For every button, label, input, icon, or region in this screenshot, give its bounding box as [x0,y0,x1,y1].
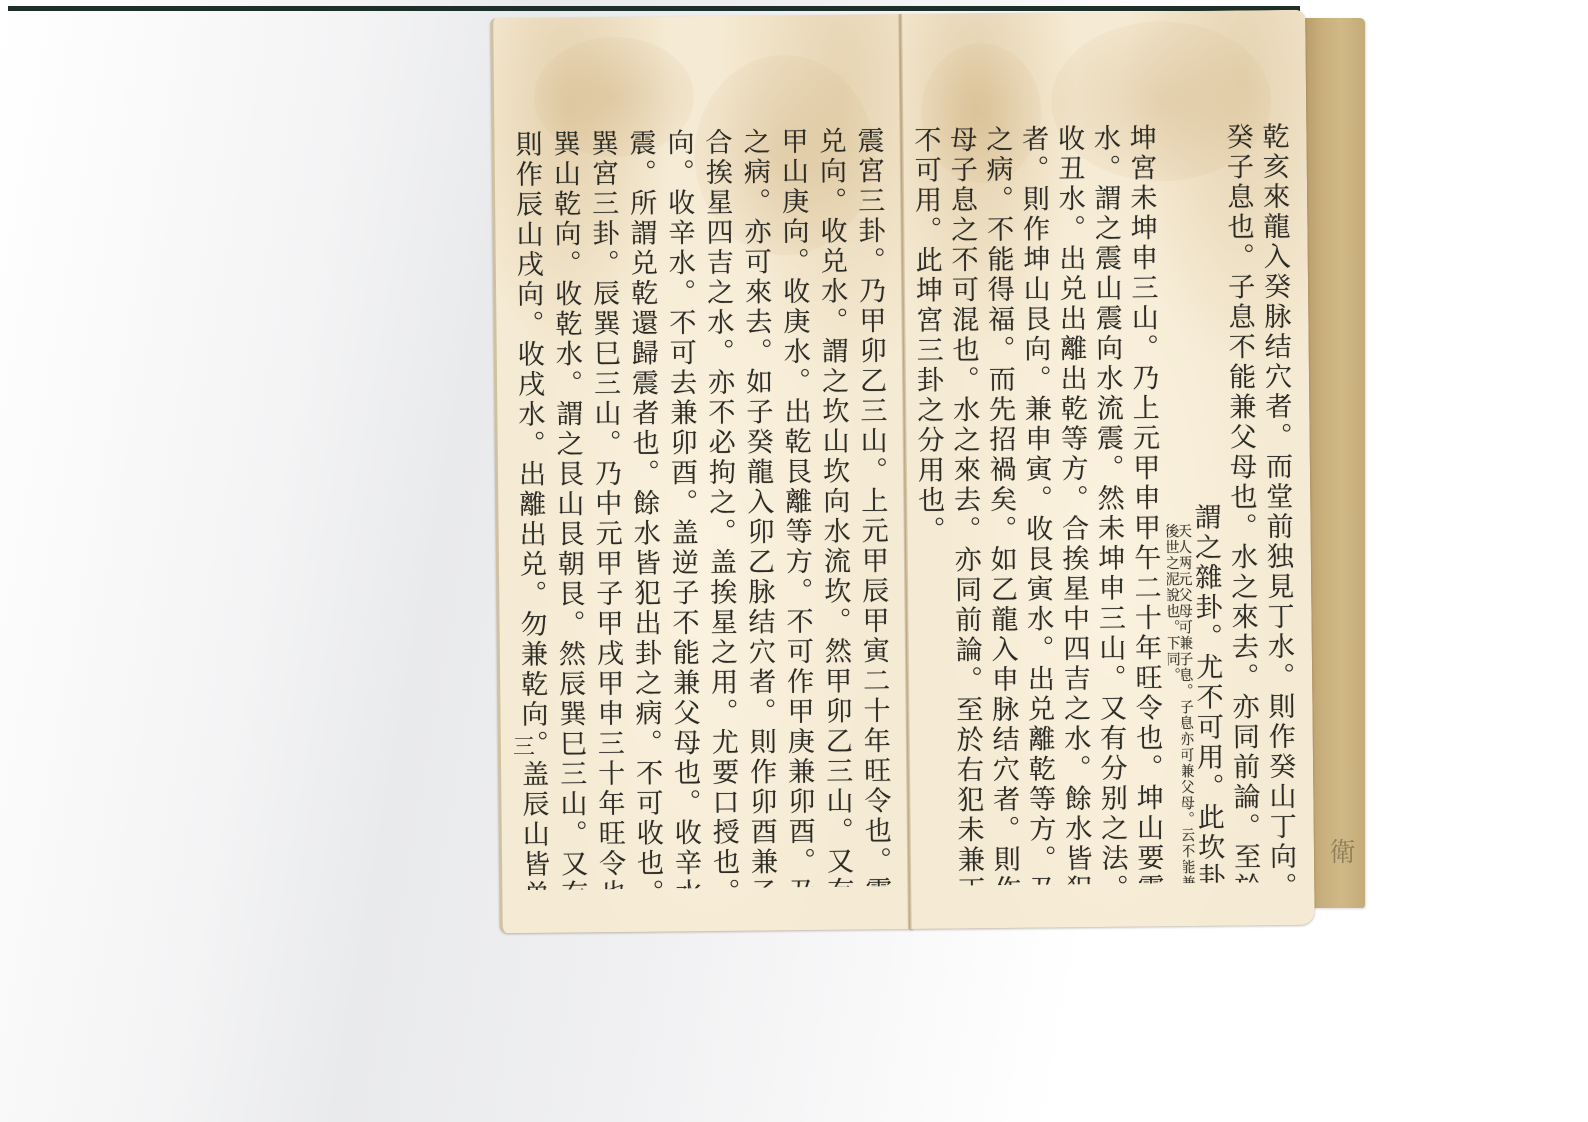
text-column: 乾亥來龍入癸脉结穴者。而堂前独見丁水。則作癸山丁向。不可兼子午。盖子午父母也。 [1259,122,1303,882]
text-column: 謂之雜卦。尤不可用。此坎卦三爻之分别也。 [1192,503,1232,883]
manuscript-spread: 三 震宮三卦。乃甲卯乙三山。上元甲辰甲寅二十年旺令也。震山要坎氣來龍入震。作震山… [490,10,1320,934]
scanner-edge-bar [8,6,1300,11]
margin-pencil-mark: 衛 [1322,838,1359,864]
left-page: 三 震宮三卦。乃甲卯乙三山。上元甲辰甲寅二十年旺令也。震山要坎氣來龍入震。作震山… [490,14,913,933]
right-page: 乾亥來龍入癸脉结穴者。而堂前独見丁水。則作癸山丁向。不可兼子午。盖子午父母也。 … [900,10,1315,929]
right-page-text: 乾亥來龍入癸脉结穴者。而堂前独見丁水。則作癸山丁向。不可兼子午。盖子午父母也。 … [911,122,1303,886]
text-column: 震宮三卦。乃甲卯乙三山。上元甲辰甲寅二十年旺令也。震山要坎氣來龍入震。作震山 [852,126,898,886]
left-page-text: 震宮三卦。乃甲卯乙三山。上元甲辰甲寅二十年旺令也。震山要坎氣來龍入震。作震山 兑… [510,126,898,890]
